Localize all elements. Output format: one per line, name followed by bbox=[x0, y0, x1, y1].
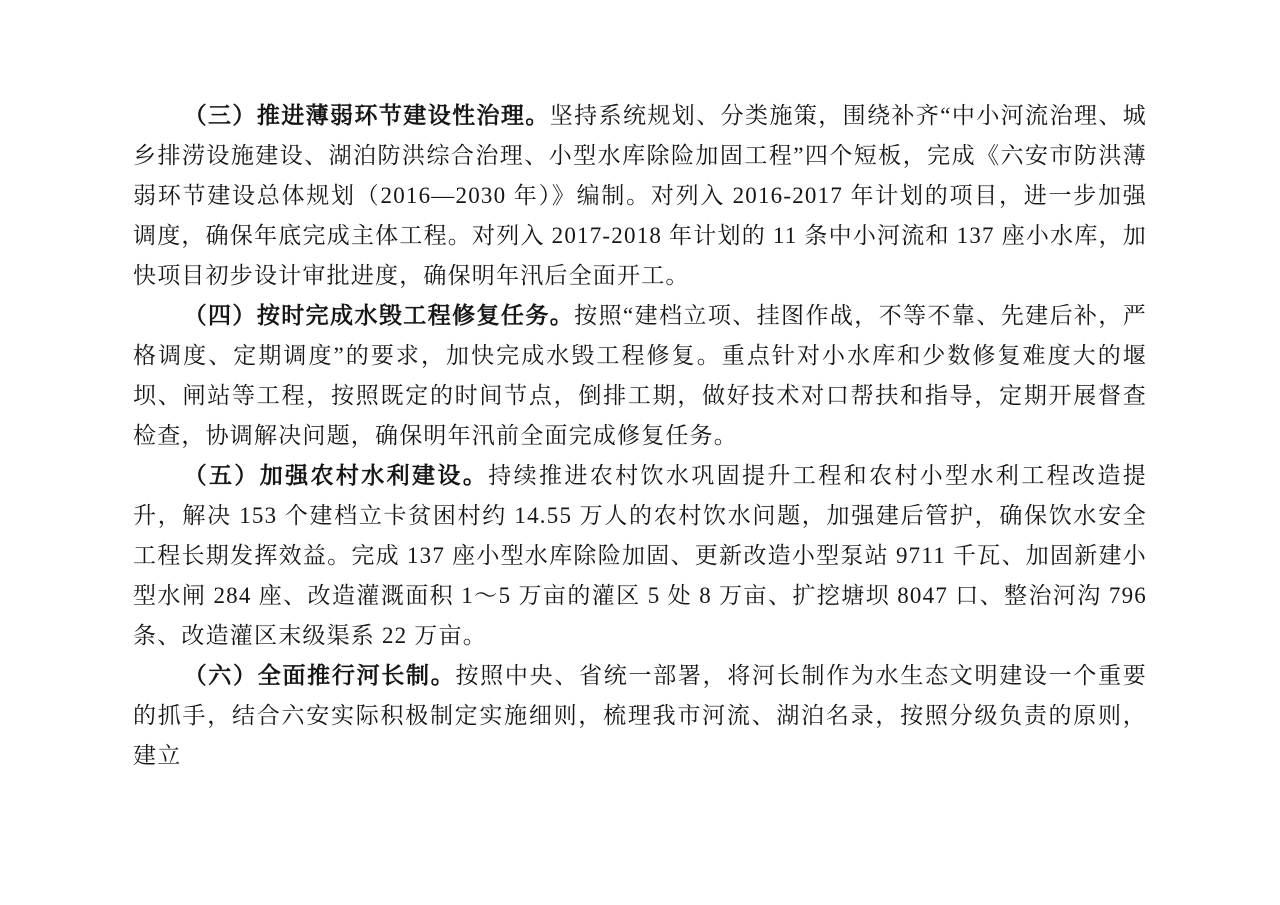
paragraph-6: （六）全面推行河长制。按照中央、省统一部署，将河长制作为水生态文明建设一个重要的… bbox=[133, 656, 1147, 776]
paragraph-5-heading: （五）加强农村水利建设。 bbox=[184, 463, 489, 488]
paragraph-3-text: 坚持系统规划、分类施策，围绕补齐“中小河流治理、城乡排涝设施建设、湖泊防洪综合治… bbox=[133, 103, 1147, 288]
document-page: （三）推进薄弱环节建设性治理。坚持系统规划、分类施策，围绕补齐“中小河流治理、城… bbox=[0, 0, 1280, 905]
paragraph-4: （四）按时完成水毁工程修复任务。按照“建档立项、挂图作战，不等不靠、先建后补，严… bbox=[133, 296, 1147, 456]
paragraph-4-heading: （四）按时完成水毁工程修复任务。 bbox=[184, 303, 575, 328]
document-body: （三）推进薄弱环节建设性治理。坚持系统规划、分类施策，围绕补齐“中小河流治理、城… bbox=[133, 96, 1147, 776]
paragraph-5: （五）加强农村水利建设。持续推进农村饮水巩固提升工程和农村小型水利工程改造提升，… bbox=[133, 456, 1147, 656]
paragraph-3: （三）推进薄弱环节建设性治理。坚持系统规划、分类施策，围绕补齐“中小河流治理、城… bbox=[133, 96, 1147, 296]
paragraph-3-heading: （三）推进薄弱环节建设性治理。 bbox=[184, 103, 550, 128]
paragraph-6-heading: （六）全面推行河长制。 bbox=[184, 663, 456, 688]
paragraph-5-text: 持续推进农村饮水巩固提升工程和农村小型水利工程改造提升，解决 153 个建档立卡… bbox=[133, 463, 1147, 648]
